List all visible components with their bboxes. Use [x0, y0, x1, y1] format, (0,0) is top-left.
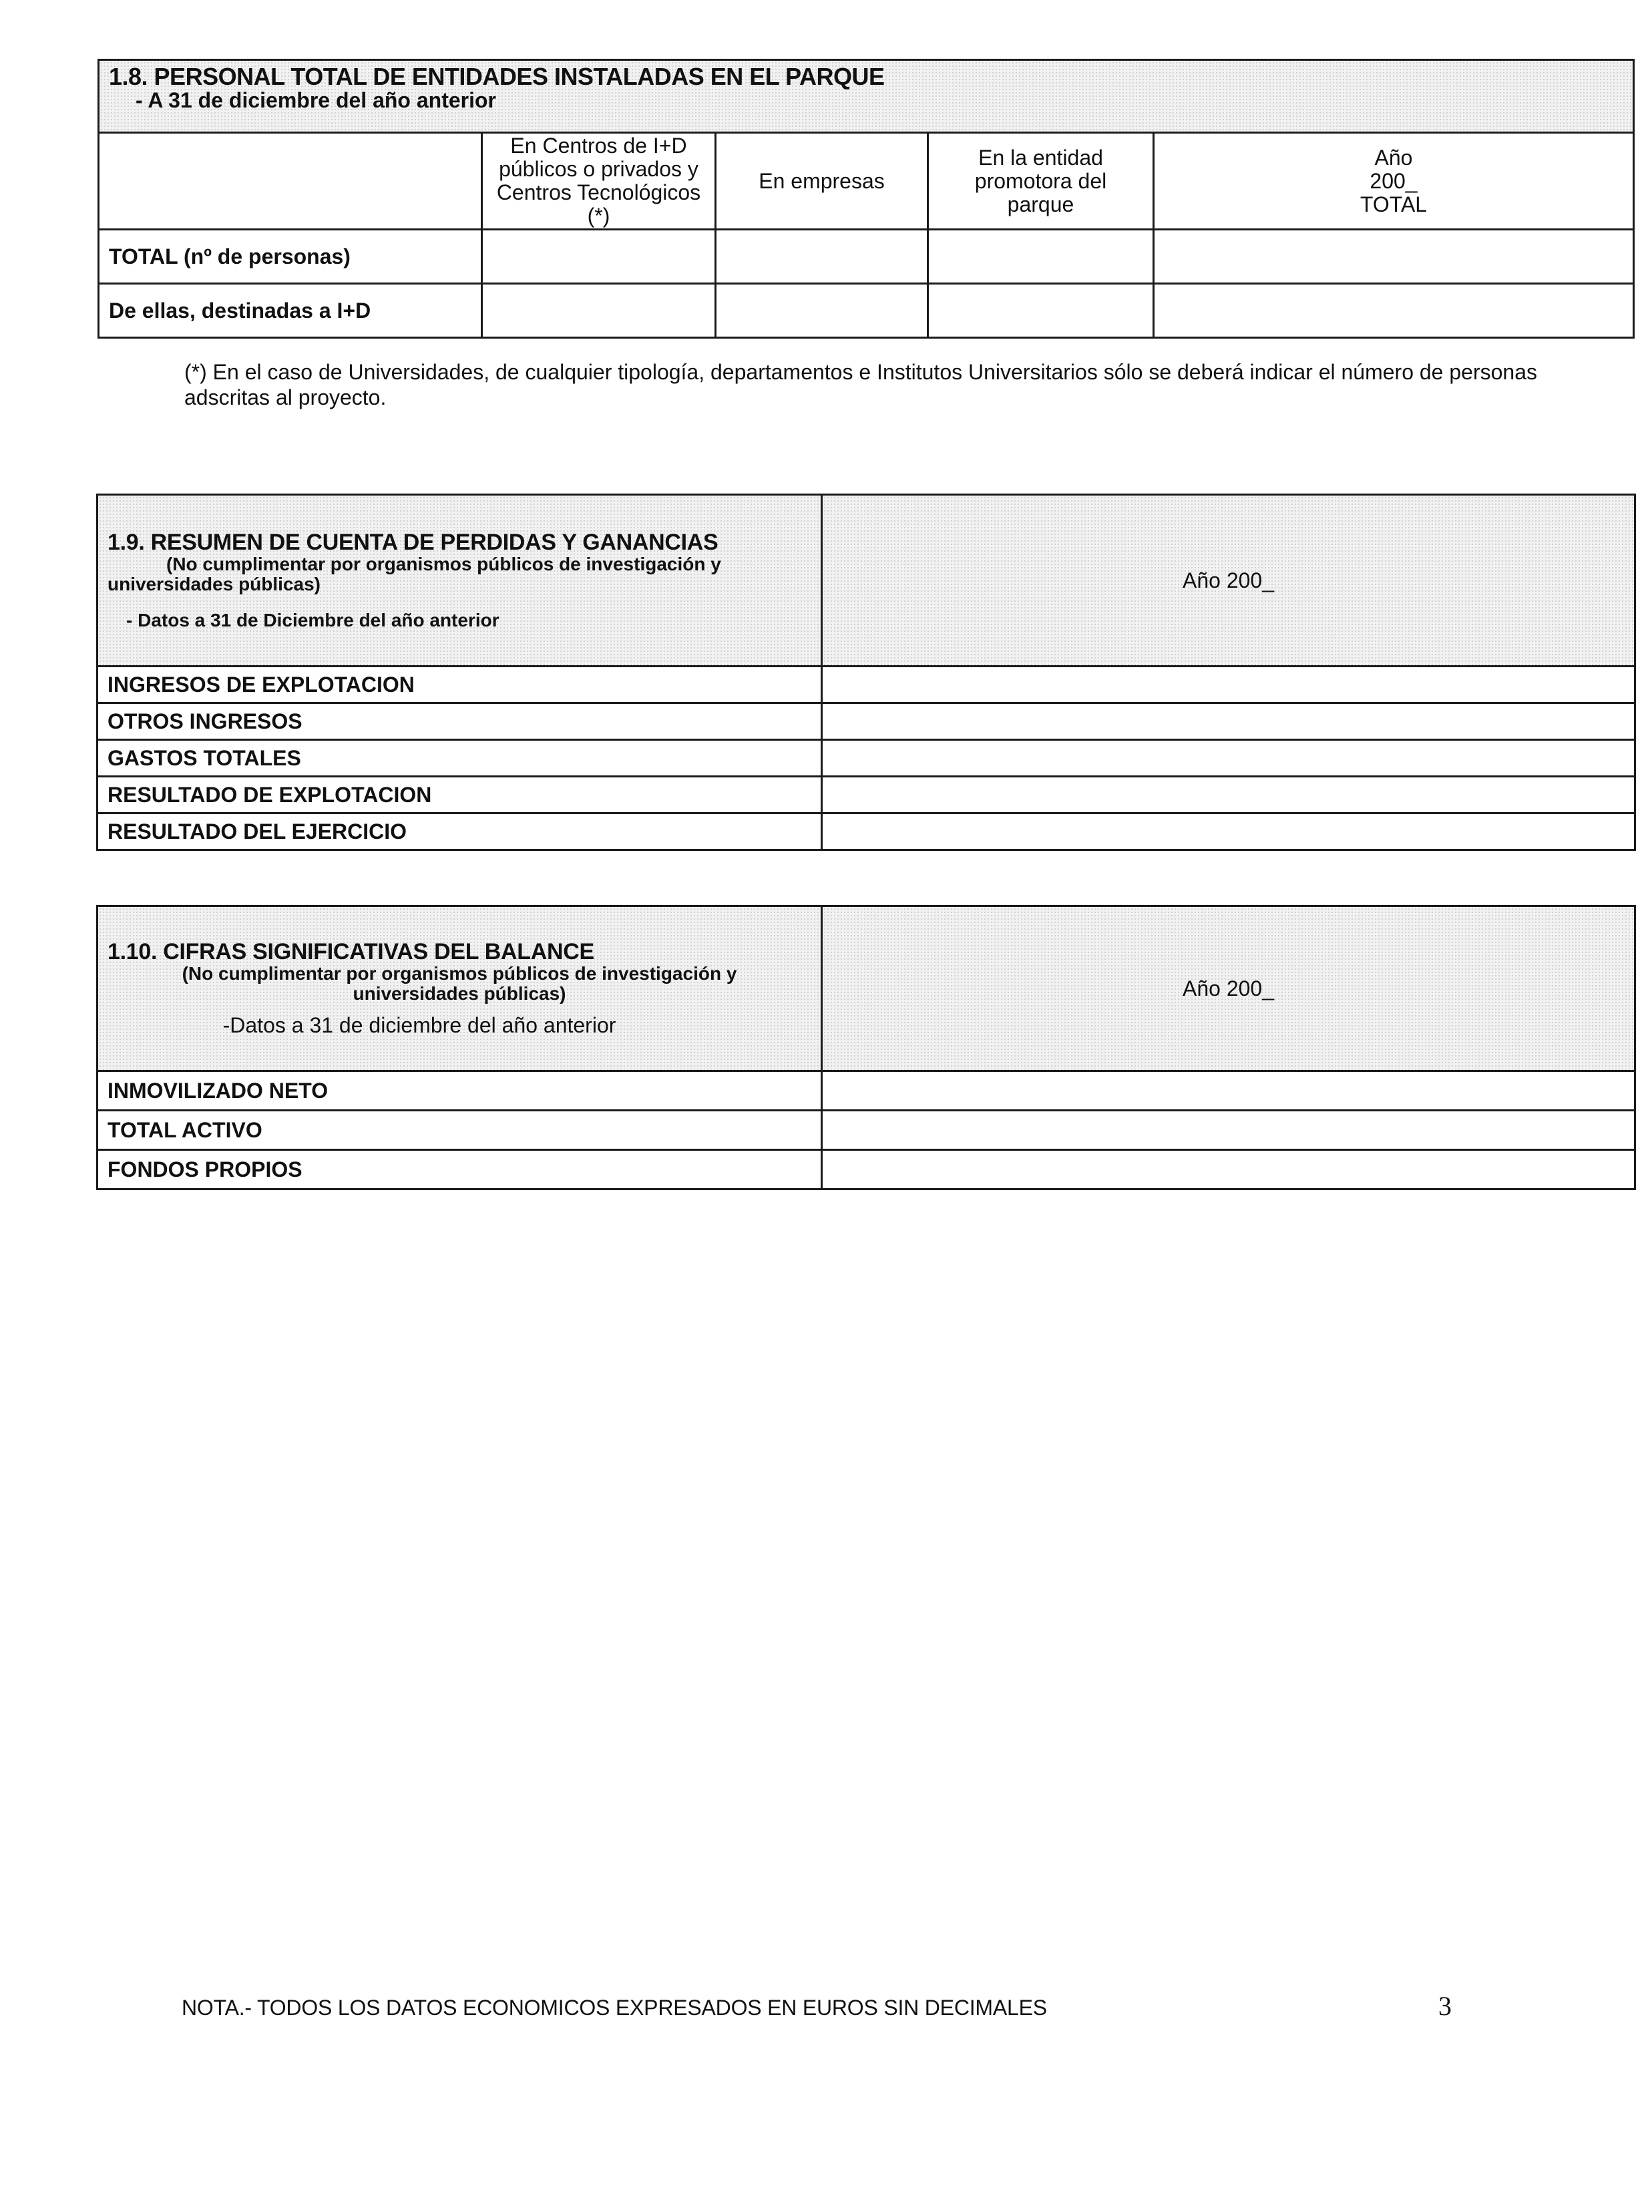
input-cell-fondos-propios[interactable] — [822, 1150, 1635, 1189]
input-cell-otros-ingresos[interactable] — [822, 703, 1635, 740]
table-row: OTROS INGRESOS — [97, 703, 1635, 740]
input-cell-total-promotora[interactable] — [928, 230, 1154, 284]
section-1-9-note: (No cumplimentar por organismos públicos… — [108, 554, 811, 594]
table-row: De ellas, destinadas a I+D — [99, 284, 1634, 338]
section-1-10-date-note: -Datos a 31 de diciembre del año anterio… — [108, 1013, 811, 1037]
perdidas-ganancias-table: 1.9. RESUMEN DE CUENTA DE PERDIDAS Y GAN… — [96, 494, 1636, 851]
input-cell-total-activo[interactable] — [822, 1111, 1635, 1150]
section-1-10-title: 1.10. CIFRAS SIGNIFICATIVAS DEL BALANCE — [108, 940, 811, 964]
input-cell-total-centros[interactable] — [482, 230, 716, 284]
table-row: RESULTADO DEL EJERCICIO — [97, 813, 1635, 850]
column-header-entidad-promotora: En la entidad promotora del parque — [928, 133, 1154, 230]
section-1-9-date-note: - Datos a 31 de Diciembre del año anteri… — [108, 610, 811, 630]
column-header-empty — [99, 133, 482, 230]
table-row: FONDOS PROPIOS — [97, 1150, 1635, 1189]
section-1-9-title: 1.9. RESUMEN DE CUENTA DE PERDIDAS Y GAN… — [108, 530, 811, 554]
input-cell-ingresos-explotacion[interactable] — [822, 667, 1635, 703]
input-cell-id-total[interactable] — [1154, 284, 1634, 338]
section-1-9-header: 1.9. RESUMEN DE CUENTA DE PERDIDAS Y GAN… — [97, 495, 822, 667]
input-cell-resultado-ejercicio[interactable] — [822, 813, 1635, 850]
section-1-9-note-line1: (No cumplimentar por organismos públicos… — [108, 554, 811, 574]
column-header-total: Año 200_ TOTAL — [1154, 133, 1634, 230]
personal-total-table: 1.8. PERSONAL TOTAL DE ENTIDADES INSTALA… — [97, 59, 1635, 339]
row-label: RESULTADO DEL EJERCICIO — [97, 813, 822, 850]
row-label: RESULTADO DE EXPLOTACION — [97, 777, 822, 813]
column-header-total-text: Año 200_ TOTAL — [1354, 146, 1434, 216]
table-row: TOTAL ACTIVO — [97, 1111, 1635, 1150]
row-label: TOTAL ACTIVO — [97, 1111, 822, 1150]
input-cell-id-promotora[interactable] — [928, 284, 1154, 338]
section-1-8-header: 1.8. PERSONAL TOTAL DE ENTIDADES INSTALA… — [99, 60, 1634, 133]
row-label: TOTAL (nº de personas) — [99, 230, 482, 284]
input-cell-inmovilizado-neto[interactable] — [822, 1071, 1635, 1111]
table-row: GASTOS TOTALES — [97, 740, 1635, 777]
cifras-balance-table: 1.10. CIFRAS SIGNIFICATIVAS DEL BALANCE … — [96, 905, 1636, 1190]
row-label: INGRESOS DE EXPLOTACION — [97, 667, 822, 703]
footer-note: NOTA.- TODOS LOS DATOS ECONOMICOS EXPRES… — [182, 1996, 1047, 2020]
input-cell-id-empresas[interactable] — [716, 284, 928, 338]
table-row: INMOVILIZADO NETO — [97, 1071, 1635, 1111]
page-number: 3 — [1438, 1990, 1452, 2022]
footnote-universidades: (*) En el caso de Universidades, de cual… — [184, 359, 1620, 410]
section-1-10-note-line2: universidades públicas) — [108, 984, 811, 1004]
row-label: OTROS INGRESOS — [97, 703, 822, 740]
row-label: FONDOS PROPIOS — [97, 1150, 822, 1189]
section-1-8-subtitle: - A 31 de diciembre del año anterior — [109, 89, 1623, 112]
table-row: RESULTADO DE EXPLOTACION — [97, 777, 1635, 813]
column-header-empresas: En empresas — [716, 133, 928, 230]
row-label: De ellas, destinadas a I+D — [99, 284, 482, 338]
section-1-9-note-line2: universidades públicas) — [108, 574, 811, 594]
section-1-10-note: (No cumplimentar por organismos públicos… — [108, 964, 811, 1004]
input-cell-total-total[interactable] — [1154, 230, 1634, 284]
input-cell-id-centros[interactable] — [482, 284, 716, 338]
table-row: INGRESOS DE EXPLOTACION — [97, 667, 1635, 703]
input-cell-resultado-explotacion[interactable] — [822, 777, 1635, 813]
section-1-9-year-header: Año 200_ — [822, 495, 1635, 667]
section-1-10-note-line1: (No cumplimentar por organismos públicos… — [108, 964, 811, 984]
table-row: TOTAL (nº de personas) — [99, 230, 1634, 284]
input-cell-total-empresas[interactable] — [716, 230, 928, 284]
row-label: GASTOS TOTALES — [97, 740, 822, 777]
column-header-centros-id: En Centros de I+D públicos o privados y … — [482, 133, 716, 230]
section-1-10-header: 1.10. CIFRAS SIGNIFICATIVAS DEL BALANCE … — [97, 906, 822, 1071]
section-1-10-year-header: Año 200_ — [822, 906, 1635, 1071]
section-1-8-title: 1.8. PERSONAL TOTAL DE ENTIDADES INSTALA… — [109, 65, 1623, 89]
row-label: INMOVILIZADO NETO — [97, 1071, 822, 1111]
input-cell-gastos-totales[interactable] — [822, 740, 1635, 777]
